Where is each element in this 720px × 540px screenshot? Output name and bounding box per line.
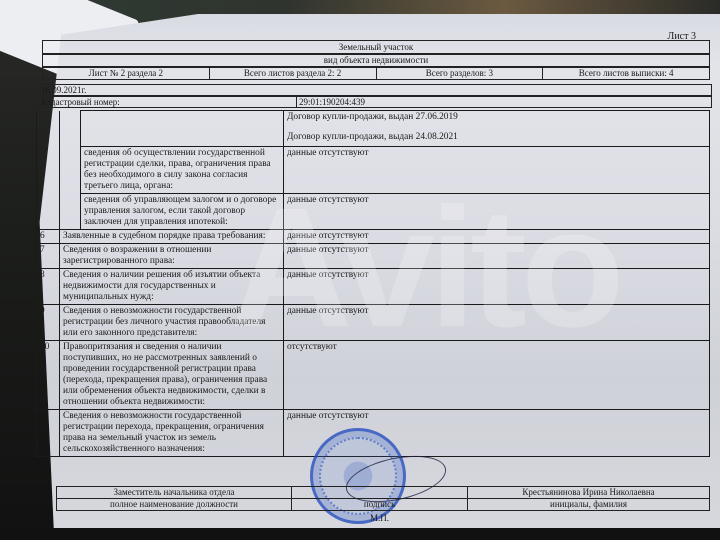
contract-entry: Договор купли-продажи, выдан 27.06.2019: [287, 112, 706, 123]
sheet-info-cell: Всего разделов: 3: [377, 68, 544, 79]
table-row: 6 Заявленные в судебном порядке права тр…: [37, 230, 710, 244]
table-row: Договор купли-продажи, выдан 27.06.2019 …: [37, 111, 710, 147]
table-row: 8 Сведения о наличии решения об изъятии …: [37, 269, 710, 305]
row-number: 9: [37, 305, 60, 341]
row-value: данные отсутствуют: [284, 194, 710, 230]
encumbrances-table: Договор купли-продажи, выдан 27.06.2019 …: [36, 110, 710, 457]
row-label: сведения об осуществлении государственно…: [81, 147, 284, 194]
table-row: 9 Сведения о невозможности государственн…: [37, 305, 710, 341]
row-number: 11: [37, 410, 60, 457]
row-value: Договор купли-продажи, выдан 27.06.2019 …: [284, 111, 710, 147]
signature-caption: подпись: [292, 499, 468, 510]
row-value: отсутствуют: [284, 341, 710, 410]
row-value: данные отсутствуют: [284, 230, 710, 244]
signature-block: Заместитель начальника отдела Крестьянин…: [56, 486, 710, 511]
row-label: сведения об управляющем залогом и о дого…: [81, 194, 284, 230]
official-name: Крестьянинова Ирина Николаевна: [468, 487, 709, 498]
row-label: Сведения о невозможности государственной…: [60, 410, 284, 457]
object-type-caption: вид объекта недвижимости: [42, 54, 710, 67]
sheet-info-cell: Всего листов раздела 2: 2: [210, 68, 377, 79]
row-number: 6: [37, 230, 60, 244]
contract-entry: Договор купли-продажи, выдан 24.08.2021: [287, 132, 706, 143]
row-label: Сведения о наличии решения об изъятии об…: [60, 269, 284, 305]
cadastral-number: 29:01:190204:439: [297, 97, 365, 107]
sheet-info-row: Лист № 2 раздела 2 Всего листов раздела …: [42, 67, 710, 80]
sheet-info-cell: Всего листов выписки: 4: [543, 68, 709, 79]
row-label: Правопритязания и сведения о наличии пос…: [60, 341, 284, 410]
sheet-info-cell: Лист № 2 раздела 2: [43, 68, 210, 79]
row-value: данные отсутствуют: [284, 269, 710, 305]
row-value: данные отсутствуют: [284, 147, 710, 194]
table-row: сведения об осуществлении государственно…: [37, 147, 710, 194]
document-date: 16.09.2021г.: [38, 84, 712, 96]
table-row: 10 Правопритязания и сведения о наличии …: [37, 341, 710, 410]
object-name: Земельный участок: [42, 40, 710, 54]
official-position: Заместитель начальника отдела: [57, 487, 292, 498]
row-label: Сведения о невозможности государственной…: [60, 305, 284, 341]
row-label: Заявленные в судебном порядке права треб…: [60, 230, 284, 244]
row-label: [81, 111, 284, 147]
row-label: Сведения о возражении в отношении зареги…: [60, 244, 284, 269]
cadastral-row: Кадастровый номер: 29:01:190204:439: [38, 96, 712, 108]
name-caption: инициалы, фамилия: [468, 499, 709, 510]
row-number: 10: [37, 341, 60, 410]
background-bottom: [0, 528, 720, 540]
row-number: 7: [37, 244, 60, 269]
cadastral-label: Кадастровый номер:: [39, 97, 297, 107]
position-caption: полное наименование должности: [57, 499, 292, 510]
row-value: данные отсутствуют: [284, 305, 710, 341]
table-row: сведения об управляющем залогом и о дого…: [37, 194, 710, 230]
row-value: данные отсутствуют: [284, 244, 710, 269]
row-number: 8: [37, 269, 60, 305]
table-row: 7 Сведения о возражении в отношении заре…: [37, 244, 710, 269]
seal-caption: М.П.: [370, 513, 389, 523]
